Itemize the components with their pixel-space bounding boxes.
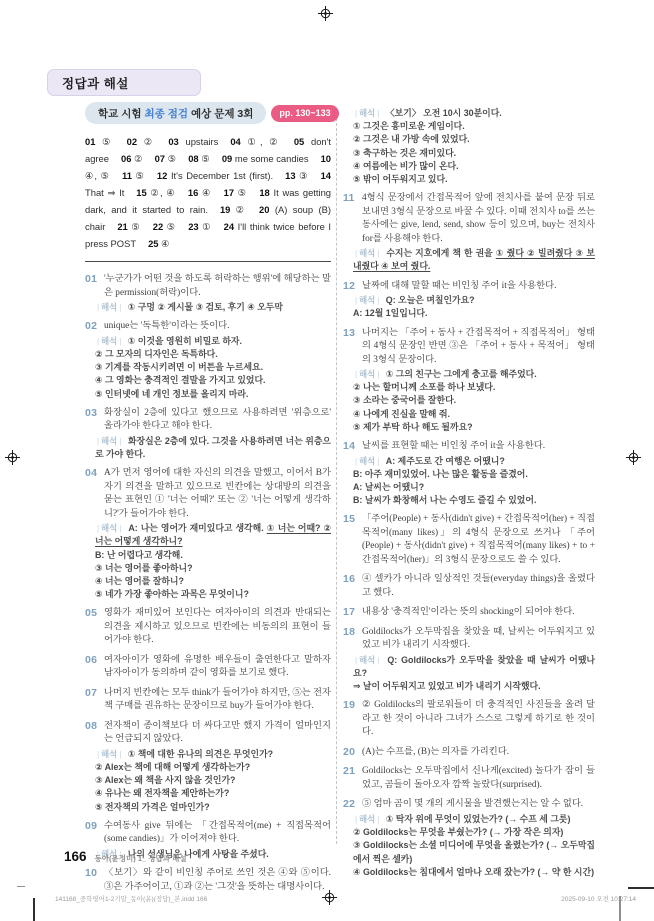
answer: 13 ③	[285, 170, 308, 181]
answer-number: 18	[259, 187, 269, 198]
haeseok-label: |해석|	[353, 655, 381, 665]
answer: 25 ④	[148, 238, 169, 249]
explanation-item: 03화장실이 2층에 있다고 했으므로 사용하려면 '위층으로' 올라가야 한다…	[85, 407, 331, 461]
item-translation: |해석| Q: Goldilocks가 오두막을 찾았을 때 날씨가 어땠나요?…	[353, 654, 595, 694]
translation-line: B: 날씨가 화창해서 나는 수영도 즐길 수 있었어.	[353, 494, 595, 507]
answer: 08 ⑤	[188, 153, 210, 164]
crop-mark	[33, 898, 35, 921]
translation-line: |해석| ① 책에 대한 유나의 의견은 무엇인가?	[95, 748, 331, 761]
answer-number: 09	[222, 153, 232, 164]
answer-number: 03	[168, 136, 178, 147]
item-body: ④ 셀카가 아니라 일상적인 것들(everyday things)을 올렸다고…	[362, 573, 595, 600]
item-translation: |해석| 수지는 지호에게 책 한 권을 ① 줬다 ② 빌려줬다 ③ 보내줬다 …	[353, 247, 595, 273]
haeseok-label: |해석|	[95, 749, 123, 759]
translation-line: A: 날씨는 어땠니?	[353, 481, 595, 494]
explanation-item: 04A가 먼저 영어에 대한 자신의 의견을 말했고, 이어서 B가 자기 의견…	[85, 467, 331, 601]
column-divider	[336, 108, 337, 844]
item-body: 「주어(People) + 동사(didn't give) + 간접목적어(he…	[362, 513, 595, 567]
item-translation: |해석| ① 탁자 위에 무엇이 있었는가? (→ 수프 세 그릇)② Gold…	[353, 813, 595, 879]
item-content: 「주어(People) + 동사(didn't give) + 간접목적어(he…	[362, 513, 595, 567]
answer-number: 16	[188, 187, 198, 198]
explanation-item: 12날짜에 대해 말할 때는 비인칭 주어 it을 사용한다.|해석| Q: 오…	[343, 280, 595, 321]
item-body: 나머지는 「주어 + 동사 + 간접목적어 + 직접목적어」 형태의 4형식 문…	[362, 327, 595, 368]
item-number: 17	[343, 606, 362, 620]
item-number: 20	[343, 746, 362, 760]
answer-number: 14	[321, 170, 331, 181]
translation-line: |해석| ① 그의 친구는 그에게 충고를 해주었다.	[353, 368, 595, 381]
translation-line: ④ 그 영화는 충격적인 결말을 가지고 있었다.	[95, 374, 331, 387]
answer: 04 ①, ②	[230, 136, 282, 147]
answer-number: 13	[285, 170, 295, 181]
translation-line: |해석| 화장실은 2층에 있다. 그것을 사용하려면 너는 위층으로 가야 한…	[95, 435, 331, 461]
translation-line: ④ 유나는 왜 전자책을 제안하는가?	[95, 787, 331, 800]
print-file-name: 141168_중학영어1-2기말_동아(윤)(정답)_본.indd 166	[55, 894, 207, 903]
print-timestamp: 2025-09-10 오전 10:27:14	[561, 894, 636, 903]
answer-number: 15	[136, 187, 146, 198]
translation-line: ② 그것은 내 가방 속에 있었다.	[353, 133, 595, 146]
answer-number: 19	[220, 204, 230, 215]
explanation-items-left: 01'누군가가 어떤 것을 하도록 허락하는 행위'에 해당하는 말은 perm…	[85, 273, 331, 894]
item-body: 화장실이 2층에 있다고 했으므로 사용하려면 '위층으로' 올라가야 한다고 …	[104, 407, 331, 434]
answer-number: 07	[155, 153, 165, 164]
answer: 06 ②	[121, 153, 143, 164]
answer: 15 ②, ④	[136, 187, 176, 198]
explanation-item: 08전자책이 종이책보다 더 싸다고만 했지 가격이 얼마인지는 언급되지 않았…	[85, 720, 331, 814]
translation-line: |해석| A: 제주도로 간 여행은 어땠니?	[353, 455, 595, 468]
item-content: 화장실이 2층에 있다고 했으므로 사용하려면 '위층으로' 올라가야 한다고 …	[104, 407, 331, 461]
answer-number: 08	[188, 153, 198, 164]
section-title-pill: 학교 시험 최종 점검 예상 문제 3회	[85, 102, 266, 124]
translation-line: ② Goldilocks는 무엇을 부쉈는가? (→ 가장 작은 의자)	[353, 826, 595, 839]
answer-key: 01 ⑤02 ②03 upstairs04 ①, ②05 don't agree…	[85, 133, 331, 252]
translation-line: |해석| 수지는 지호에게 책 한 권을 ① 줬다 ② 빌려줬다 ③ 보내줬다 …	[353, 247, 595, 273]
answer: 22 ⑤	[153, 221, 176, 232]
item-content: 날짜에 대해 말할 때는 비인칭 주어 it을 사용한다.|해석| Q: 오늘은…	[362, 280, 595, 321]
item-content: 나머지는 「주어 + 동사 + 간접목적어 + 직접목적어」 형태의 4형식 문…	[362, 327, 595, 435]
item-translation: |해석| A: 제주도로 간 여행은 어땠니?B: 아주 재미있었어. 나는 많…	[353, 455, 595, 508]
item-translation: |해석| 〈보기〉 오전 10시 30분이다.① 그것은 흥미로운 게임이다.②…	[353, 107, 595, 186]
answer-key-divider	[85, 261, 331, 262]
explanation-item: 18Goldilocks가 오두막집을 찾았을 때, 날씨는 어두워지고 있었고…	[343, 626, 595, 694]
answer-number: 06	[121, 153, 131, 164]
haeseok-label: |해석|	[95, 523, 123, 533]
item-content: '누군가가 어떤 것을 하도록 허락하는 행위'에 해당하는 말은 permis…	[104, 273, 331, 314]
haeseok-label: |해석|	[95, 302, 123, 312]
answer: 09 me some candies	[222, 153, 309, 164]
answer: 12 It's December 1st (first).	[157, 170, 273, 181]
section-header: 학교 시험 최종 점검 예상 문제 3회 pp. 130~133	[85, 102, 331, 124]
item-body: ② Goldilocks의 팔로워들이 더 충격적인 사진들을 올려 달라고 한…	[362, 699, 595, 740]
item-body: 날씨를 표현할 때는 비인칭 주어 it을 사용한다.	[362, 440, 595, 454]
translation-line: ④ 너는 영어를 잘하니?	[95, 575, 331, 588]
translation-line: |해석| ① 이것을 영원히 비밀로 하자.	[95, 335, 331, 348]
item-number: 07	[85, 687, 104, 714]
translation-line: A: 12월 1일입니다.	[353, 307, 595, 320]
haeseok-label: |해석|	[353, 248, 381, 258]
corner-tab-label: 정답과 해설	[62, 74, 129, 92]
answer: 17 ⑤	[224, 187, 248, 198]
answer-number: 23	[188, 221, 198, 232]
answer: 16 ④	[188, 187, 212, 198]
corner-tab: 정답과 해설	[47, 69, 201, 96]
explanation-item: 17내용상 '충격적인'이라는 뜻의 shocking이 되어야 한다.	[343, 606, 595, 620]
item-translation: |해석| ① 이것을 영원히 비밀로 하자.② 그 모자의 디자인은 독특하다.…	[95, 335, 331, 401]
translation-line: ④ 나에게 진실을 말해 줘.	[353, 408, 595, 421]
registration-mark-top	[318, 6, 333, 21]
item-number: 19	[343, 699, 362, 740]
pages-badge: pp. 130~133	[271, 105, 338, 122]
answer-number: 11	[122, 170, 132, 181]
explanation-item: 10〈보기〉와 같이 비인칭 주어로 쓰인 것은 ④와 ⑤이다. ③은 가주어이…	[85, 867, 331, 894]
item-body: 4형식 문장에서 간접목적어 앞에 전치사를 붙여 문장 뒤로 보내면 3형식 …	[362, 192, 595, 246]
registration-mark-left	[5, 450, 20, 465]
explanation-item: 07나머지 빈칸에는 모두 think가 들어가야 하지만, ⑤는 전자책 구매…	[85, 687, 331, 714]
translation-line: ② Alex는 책에 대해 어떻게 생각하는가?	[95, 761, 331, 774]
item-body: 영화가 재미있어 보인다는 여자아이의 의견과 반대되는 의견을 제시하고 있으…	[104, 607, 331, 648]
translation-line: B: 난 어렵다고 생각해.	[95, 549, 331, 562]
haeseok-label: |해석|	[95, 436, 123, 446]
translation-line: B: 아주 재미있었어. 나는 많은 활동을 즐겼어.	[353, 468, 595, 481]
item-number: 15	[343, 513, 362, 567]
explanation-item: 06여자아이가 영화에 유명한 배우들이 출연한다고 말하자 남자아이가 동의하…	[85, 654, 331, 681]
item-body: 내용상 '충격적인'이라는 뜻의 shocking이 되어야 한다.	[362, 606, 595, 620]
answer-number: 02	[127, 136, 137, 147]
section-title-post: 예상 문제 3회	[191, 106, 253, 121]
answer-number: 21	[117, 221, 127, 232]
item-number: 10	[85, 867, 104, 894]
answer: 19 ②	[220, 204, 247, 215]
translation-line: ② 그 모자의 디자인은 독특하다.	[95, 348, 331, 361]
item-content: (A)는 수프를, (B)는 의자를 가리킨다.	[362, 746, 595, 760]
answer: 01 ⑤	[85, 136, 115, 147]
translation-line: ⑤ 제가 부탁 하나 해도 될까요?	[353, 421, 595, 434]
item-body: 나머지 빈칸에는 모두 think가 들어가야 하지만, ⑤는 전자책 구매를 …	[104, 687, 331, 714]
explanation-item: 22⑤ 엄마 곰이 몇 개의 게시물을 발견했는지는 알 수 없다.|해석| ①…	[343, 798, 595, 879]
translation-line: ③ 소라는 중국어를 잘한다.	[353, 394, 595, 407]
item-content: 날씨를 표현할 때는 비인칭 주어 it을 사용한다.|해석| A: 제주도로 …	[362, 440, 595, 507]
section-title-pre: 학교 시험	[98, 106, 142, 121]
answer-number: 10	[321, 153, 331, 164]
item-number: 21	[343, 765, 362, 792]
translation-line: ⑤ 인터넷에 네 개인 정보를 올리지 마라.	[95, 388, 331, 401]
translation-line: ③ Alex는 왜 책을 사지 않을 것인가?	[95, 774, 331, 787]
item-body: 날짜에 대해 말할 때는 비인칭 주어 it을 사용한다.	[362, 280, 595, 294]
explanation-item: 19② Goldilocks의 팔로워들이 더 충격적인 사진들을 올려 달라고…	[343, 699, 595, 740]
explanation-item: |해석| 〈보기〉 오전 10시 30분이다.① 그것은 흥미로운 게임이다.②…	[343, 106, 595, 186]
item-body: (A)는 수프를, (B)는 의자를 가리킨다.	[362, 746, 595, 760]
explanation-item: 16④ 셀카가 아니라 일상적인 것들(everyday things)을 올렸…	[343, 573, 595, 600]
answer: 07 ⑤	[155, 153, 177, 164]
item-content: 전자책이 종이책보다 더 싸다고만 했지 가격이 얼마인지는 언급되지 않았다.…	[104, 720, 331, 814]
right-column: |해석| 〈보기〉 오전 10시 30분이다.① 그것은 흥미로운 게임이다.②…	[343, 106, 595, 885]
translation-line: ① 그것은 흥미로운 게임이다.	[353, 120, 595, 133]
translation-line: ③ 기계를 작동시키려면 이 버튼을 누르세요.	[95, 361, 331, 374]
item-translation: |해석| 화장실은 2층에 있다. 그것을 사용하려면 너는 위층으로 가야 한…	[95, 435, 331, 461]
translation-line: |해석| A: 나는 영어가 재미있다고 생각해. ① 너는 어때? ② 너는 …	[95, 522, 331, 548]
translation-line: |해석| ① 구멍 ② 게시물 ③ 검토, 후기 ④ 오두막	[95, 301, 331, 314]
translation-line: ② 나는 할머니께 소포를 하나 보냈다.	[353, 381, 595, 394]
item-body: ⑤ 엄마 곰이 몇 개의 게시물을 발견했는지는 알 수 없다.	[362, 798, 595, 812]
item-translation: |해석| ① 책에 대한 유나의 의견은 무엇인가?② Alex는 책에 대해 …	[95, 748, 331, 814]
translation-line: |해석| 〈보기〉 오전 10시 30분이다.	[353, 107, 595, 120]
answer-number: 24	[224, 221, 234, 232]
answer: 02 ②	[127, 136, 157, 147]
translation-line: ④ Goldilocks는 침대에서 얼마나 오래 잤는가? (→ 약 한 시간…	[353, 866, 595, 879]
explanation-item: 02unique는 '독특한'이라는 뜻이다.|해석| ① 이것을 영원히 비밀…	[85, 320, 331, 401]
item-number: 06	[85, 654, 104, 681]
translation-line: ⑤ 밖이 어두워지고 있다.	[353, 173, 595, 186]
answer: 23 ①	[188, 221, 211, 232]
translation-line: ③ 축구하는 것은 재미있다.	[353, 147, 595, 160]
item-number: 16	[343, 573, 362, 600]
item-translation: |해석| A: 나는 영어가 재미있다고 생각해. ① 너는 어때? ② 너는 …	[95, 522, 331, 601]
translation-line: ③ 너는 영어를 좋아하니?	[95, 562, 331, 575]
answer-number: 05	[294, 136, 304, 147]
answer: 11 ⑤	[122, 170, 145, 181]
page-footer: 166 동아(윤정미) 1_ 정답과 해설	[64, 849, 187, 864]
item-body: Goldilocks는 오두막집에서 신나게(excited) 놀다가 잠이 들…	[362, 765, 595, 792]
haeseok-label: |해석|	[353, 108, 381, 118]
haeseok-label: |해석|	[353, 295, 381, 305]
item-content: |해석| 〈보기〉 오전 10시 30분이다.① 그것은 흥미로운 게임이다.②…	[362, 106, 595, 186]
answer: 21 ⑤	[117, 221, 140, 232]
explanation-item: 15「주어(People) + 동사(didn't give) + 간접목적어(…	[343, 513, 595, 567]
haeseok-label: |해석|	[95, 336, 123, 346]
haeseok-label: |해석|	[353, 814, 381, 824]
item-number: 05	[85, 607, 104, 648]
crop-mark	[628, 887, 654, 889]
item-content: Goldilocks는 오두막집에서 신나게(excited) 놀다가 잠이 들…	[362, 765, 595, 792]
explanation-item: 05영화가 재미있어 보인다는 여자아이의 의견과 반대되는 의견을 제시하고 …	[85, 607, 331, 648]
item-body: A가 먼저 영어에 대한 자신의 의견을 말했고, 이어서 B가 자기 의견을 …	[104, 467, 331, 521]
item-content: Goldilocks가 오두막집을 찾았을 때, 날씨는 어두워지고 있었고 비…	[362, 626, 595, 694]
item-content: ⑤ 엄마 곰이 몇 개의 게시물을 발견했는지는 알 수 없다.|해석| ① 탁…	[362, 798, 595, 879]
registration-mark-right	[626, 450, 641, 465]
page-sheet: 정답과 해설 학교 시험 최종 점검 예상 문제 3회 pp. 130~133 …	[0, 0, 654, 921]
answer-number: 12	[157, 170, 167, 181]
item-body: '누군가가 어떤 것을 하도록 허락하는 행위'에 해당하는 말은 permis…	[104, 273, 331, 300]
answer-number: 04	[230, 136, 240, 147]
answer-number: 20	[259, 204, 269, 215]
translation-line: ⑤ 전자책의 가격은 얼마인가?	[95, 801, 331, 814]
book-title: 동아(윤정미) 1_ 정답과 해설	[95, 853, 187, 864]
translation-line: ⑤ 네가 가장 좋아하는 과목은 무엇이니?	[95, 588, 331, 601]
item-body: 전자책이 종이책보다 더 싸다고만 했지 가격이 얼마인지는 언급되지 않았다.	[104, 720, 331, 747]
haeseok-label: |해석|	[353, 369, 381, 379]
explanation-item: 20(A)는 수프를, (B)는 의자를 가리킨다.	[343, 746, 595, 760]
page-number: 166	[64, 849, 87, 864]
item-content: ④ 셀카가 아니라 일상적인 것들(everyday things)을 올렸다고…	[362, 573, 595, 600]
answer-number: 01	[85, 136, 95, 147]
answer-number: 22	[153, 221, 163, 232]
explanation-item: 114형식 문장에서 간접목적어 앞에 전치사를 붙여 문장 뒤로 보내면 3형…	[343, 192, 595, 273]
explanation-items-right: |해석| 〈보기〉 오전 10시 30분이다.① 그것은 흥미로운 게임이다.②…	[343, 106, 595, 879]
haeseok-label: |해석|	[353, 456, 381, 466]
item-content: 나머지 빈칸에는 모두 think가 들어가야 하지만, ⑤는 전자책 구매를 …	[104, 687, 331, 714]
item-body: unique는 '독특한'이라는 뜻이다.	[104, 320, 331, 334]
item-translation: |해석| ① 구멍 ② 게시물 ③ 검토, 후기 ④ 오두막	[95, 301, 331, 314]
item-translation: |해석| ① 그의 친구는 그에게 충고를 해주었다.② 나는 할머니께 소포를…	[353, 368, 595, 434]
answer-number: 25	[148, 238, 158, 249]
item-body: Goldilocks가 오두막집을 찾았을 때, 날씨는 어두워지고 있었고 비…	[362, 626, 595, 653]
translation-line: |해석| ① 탁자 위에 무엇이 있었는가? (→ 수프 세 그릇)	[353, 813, 595, 826]
crop-mark	[17, 886, 25, 887]
item-body: 여자아이가 영화에 유명한 배우들이 출연한다고 말하자 남자아이가 동의하며 …	[104, 654, 331, 681]
translation-line: ④ 여름에는 비가 많이 온다.	[353, 160, 595, 173]
explanation-item: 14날씨를 표현할 때는 비인칭 주어 it을 사용한다.|해석| A: 제주도…	[343, 440, 595, 507]
item-content: 내용상 '충격적인'이라는 뜻의 shocking이 되어야 한다.	[362, 606, 595, 620]
item-content: 영화가 재미있어 보인다는 여자아이의 의견과 반대되는 의견을 제시하고 있으…	[104, 607, 331, 648]
item-body: 수여동사 give 뒤에는 「간접목적어(me) + 직접목적어(some ca…	[104, 820, 331, 847]
translation-line: ⇒ 날이 어두워지고 있었고 비가 내리기 시작했다.	[353, 680, 595, 693]
translation-line: |해석| Q: 오늘은 며칠인가요?	[353, 294, 595, 307]
section-title-highlight: 최종 점검	[145, 106, 189, 121]
item-content: 여자아이가 영화에 유명한 배우들이 출연한다고 말하자 남자아이가 동의하며 …	[104, 654, 331, 681]
answer: 03 upstairs	[168, 136, 218, 147]
translation-line: |해석| Q: Goldilocks가 오두막을 찾았을 때 날씨가 어땠나요?	[353, 654, 595, 680]
item-content: A가 먼저 영어에 대한 자신의 의견을 말했고, 이어서 B가 자기 의견을 …	[104, 467, 331, 601]
explanation-item: 01'누군가가 어떤 것을 하도록 허락하는 행위'에 해당하는 말은 perm…	[85, 273, 331, 314]
translation-line: ③ Goldilocks는 소셜 미디어에 무엇을 올렸는가? (→ 오두막집에…	[353, 839, 595, 865]
item-content: ② Goldilocks의 팔로워들이 더 충격적인 사진들을 올려 달라고 한…	[362, 699, 595, 740]
answer-number: 17	[224, 187, 234, 198]
item-translation: |해석| Q: 오늘은 며칠인가요?A: 12월 1일입니다.	[353, 294, 595, 320]
item-content: 〈보기〉와 같이 비인칭 주어로 쓰인 것은 ④와 ⑤이다. ③은 가주어이고,…	[104, 867, 331, 894]
explanation-item: 13나머지는 「주어 + 동사 + 간접목적어 + 직접목적어」 형태의 4형식…	[343, 327, 595, 435]
item-content: unique는 '독특한'이라는 뜻이다.|해석| ① 이것을 영원히 비밀로 …	[104, 320, 331, 401]
item-body: 〈보기〉와 같이 비인칭 주어로 쓰인 것은 ④와 ⑤이다. ③은 가주어이고,…	[104, 867, 331, 894]
item-content: 4형식 문장에서 간접목적어 앞에 전치사를 붙여 문장 뒤로 보내면 3형식 …	[362, 192, 595, 273]
explanation-item: 21Goldilocks는 오두막집에서 신나게(excited) 놀다가 잠이…	[343, 765, 595, 792]
left-column: 학교 시험 최종 점검 예상 문제 3회 pp. 130~133 01 ⑤02 …	[85, 102, 331, 900]
